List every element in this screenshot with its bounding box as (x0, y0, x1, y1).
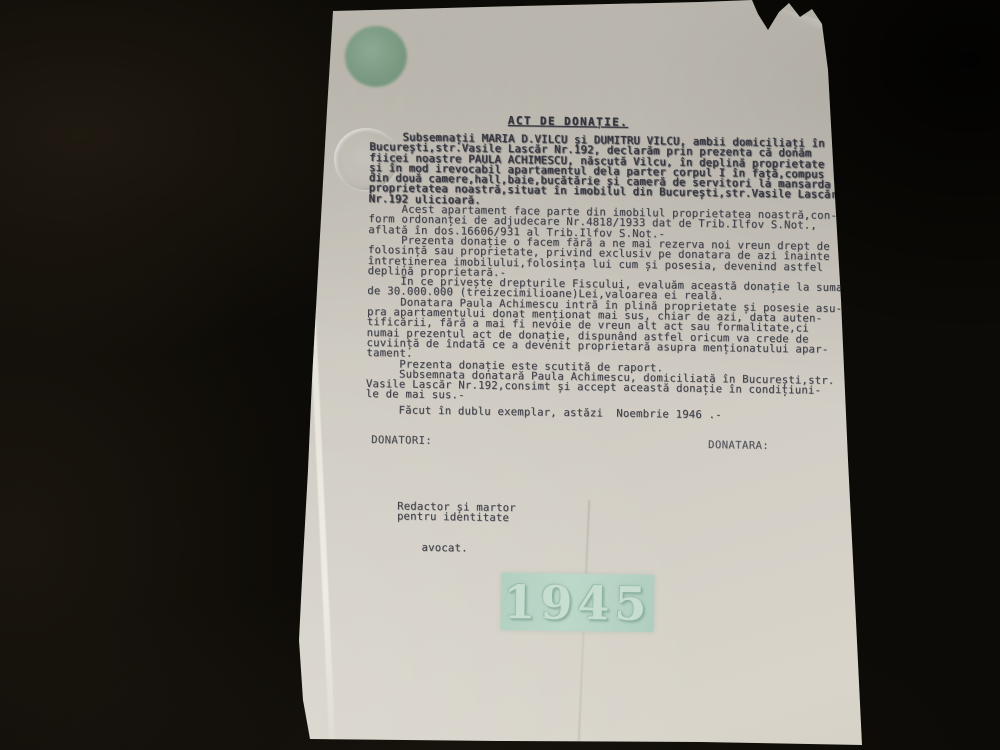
typewritten-text-block: ACT DE DONAȚIE. Subsemnații MARIA D.VILC… (363, 112, 843, 559)
closing-line: Făcut în dublu exemplar, astăzi Noembrie… (366, 405, 840, 422)
torn-corner (752, 0, 830, 42)
year-stamp-text: 1945 (503, 574, 652, 630)
document-title: ACT DE DONAȚIE. (508, 114, 844, 132)
year-1945-stamp-icon: 1945 (501, 573, 655, 632)
paper-left-edge-highlight (296, 10, 335, 742)
photo-background: ACT DE DONAȚIE. Subsemnații MARIA D.VILC… (0, 0, 1000, 750)
signature-row: DONATORI: DONATARA: (365, 434, 839, 453)
donee-label: DONATARA: (708, 439, 769, 452)
document-paper: ACT DE DONAȚIE. Subsemnații MARIA D.VILC… (0, 0, 1000, 750)
paragraph-parties: Subsemnații MARIA D.VILCU și DUMITRU VIL… (369, 132, 844, 211)
paragraph-terms: Acest apartament face parte din imobilul… (366, 204, 843, 407)
donors-label: DONATORI: (371, 434, 432, 447)
green-ink-seal-icon (345, 26, 407, 87)
witness-note: Redactor și martor pentru identitate (397, 501, 838, 528)
witness-role: avocat. (421, 542, 837, 558)
